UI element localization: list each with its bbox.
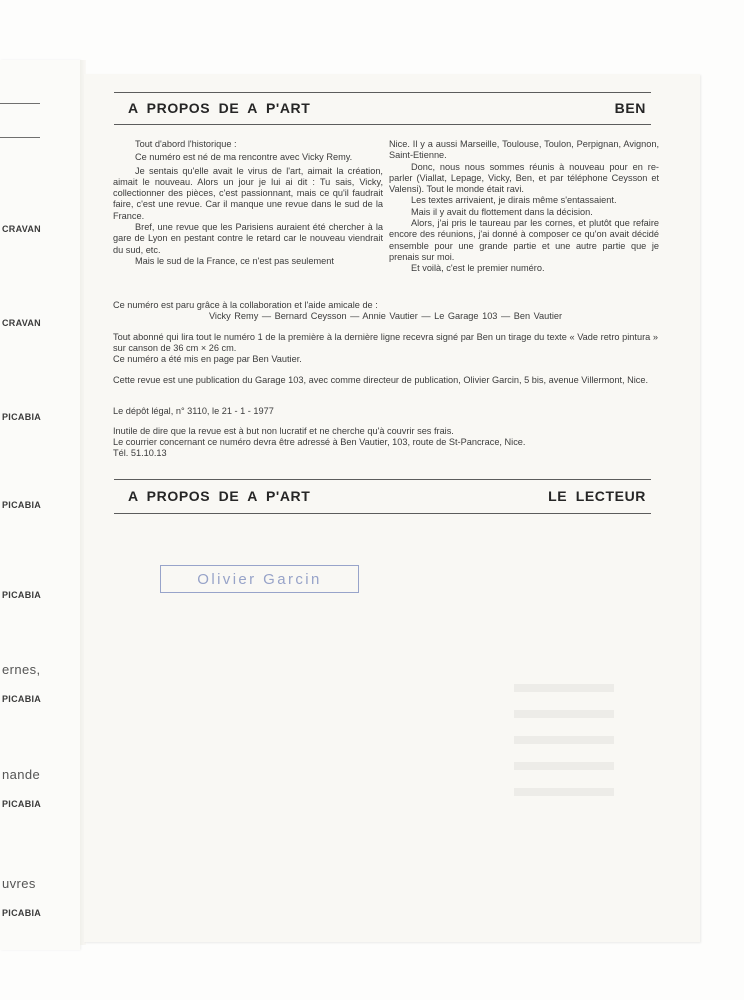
author-credit: PICABIA [2, 694, 39, 704]
paragraph: Alors, j'ai pris le taureau par les corn… [389, 218, 659, 263]
subscriber-note: Tout abonné qui lira tout le numéro 1 de… [113, 332, 658, 354]
section-title: A PROPOS DE A P'ART [128, 100, 310, 116]
section-author: LE LECTEUR [548, 488, 646, 504]
paragraph: Bref, une revue que les Parisiens auraie… [113, 222, 383, 256]
header-rule-top [114, 479, 651, 480]
header-rule-bottom [114, 124, 651, 125]
previous-page: CRAVANCRAVANPICABIAPICABIAPICABIAernes,P… [0, 60, 80, 950]
article-columns: Tout d'abord l'historique : Ce numéro es… [113, 139, 659, 275]
name-stamp: Olivier Garcin [160, 565, 359, 593]
section-header: A PROPOS DE A P'ART LE LECTEUR [128, 488, 646, 504]
paragraph: Donc, nous nous sommes réunis à nouveau … [389, 162, 659, 196]
body-text-fragment: ernes, [2, 662, 39, 677]
body-text-fragment: uvres [2, 876, 39, 891]
paragraph: Ce numéro est né de ma rencontre avec Vi… [113, 152, 383, 163]
header-rule-bottom [114, 513, 651, 514]
paragraph: Mais le sud de la France, ce n'est pas s… [113, 256, 383, 267]
paragraph: Mais il y avait du flottement dans la dé… [389, 207, 659, 218]
paragraph: Les textes arrivaient, je dirais même s'… [389, 195, 659, 206]
paragraph: Tout d'abord l'historique : [113, 139, 383, 150]
credits: Ce numéro est paru grâce à la collaborat… [113, 300, 658, 322]
author-credit: PICABIA [2, 500, 39, 510]
section-title: A PROPOS DE A P'ART [128, 488, 310, 504]
author-credit: CRAVAN [2, 224, 39, 234]
body-text-fragment: nande [2, 767, 39, 782]
legal-deposit-block: Le dépôt légal, n° 3110, le 21 - 1 - 197… [113, 406, 658, 417]
phone-number: Tél. 51.10.13 [113, 448, 658, 459]
article-column-right: Nice. Il y a aussi Marseille, Toulouse, … [389, 139, 659, 275]
mail-note: Le courrier concernant ce numéro devra ê… [113, 437, 658, 448]
author-credit: PICABIA [2, 799, 39, 809]
publication-block: Cette revue est une publication du Garag… [113, 375, 658, 386]
paragraph: Nice. Il y a aussi Marseille, Toulouse, … [389, 139, 659, 162]
page-rule [0, 137, 40, 138]
section-header: A PROPOS DE A P'ART BEN [128, 100, 646, 116]
nonprofit-note: Inutile de dire que la revue est à but n… [113, 426, 658, 437]
publication-note: Cette revue est une publication du Garag… [113, 375, 658, 386]
header-rule-top [114, 92, 651, 93]
credits-names: Vicky Remy — Bernard Ceysson — Annie Vau… [113, 311, 658, 322]
article-column-left: Tout d'abord l'historique : Ce numéro es… [113, 139, 383, 275]
current-page: A PROPOS DE A P'ART BEN Tout d'abord l'h… [84, 74, 700, 942]
section-author: BEN [615, 100, 646, 116]
author-credit: PICABIA [2, 590, 39, 600]
paragraph: Je sentais qu'elle avait le virus de l'a… [113, 166, 383, 222]
author-credit: PICABIA [2, 908, 39, 918]
show-through [514, 684, 614, 804]
subscriber-block: Tout abonné qui lira tout le numéro 1 de… [113, 332, 658, 365]
page-rule [0, 103, 40, 104]
author-credit: CRAVAN [2, 318, 39, 328]
layout-note: Ce numéro a été mis en page par Ben Vaut… [113, 354, 658, 365]
credits-intro: Ce numéro est paru grâce à la collaborat… [113, 300, 658, 311]
legal-deposit: Le dépôt légal, n° 3110, le 21 - 1 - 197… [113, 406, 658, 417]
paragraph: Et voilà, c'est le premier numéro. [389, 263, 659, 274]
author-credit: PICABIA [2, 412, 39, 422]
contact-block: Inutile de dire que la revue est à but n… [113, 426, 658, 459]
